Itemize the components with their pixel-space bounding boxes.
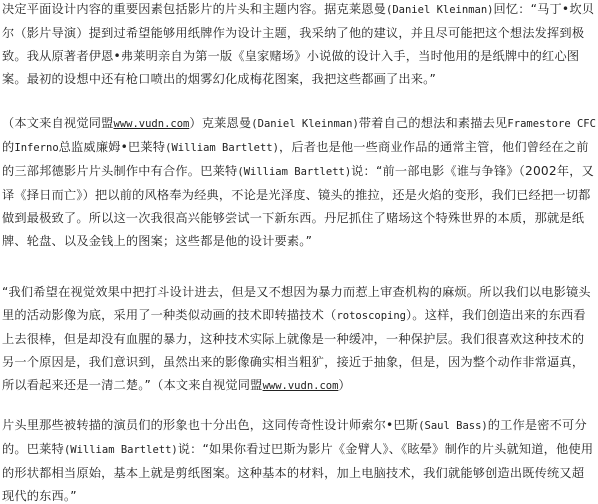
text-segment: （本文来自视觉同盟 <box>2 116 114 130</box>
text-segment: 的 <box>2 140 14 154</box>
latin-name: Framestore CFC <box>507 118 596 130</box>
latin-name: Inferno <box>14 142 58 154</box>
latin-name: (William Bartlett) <box>237 166 351 178</box>
latin-name: (Daniel Kleinman) <box>251 118 358 130</box>
latin-name: (Daniel Kleinman) <box>386 4 493 16</box>
paragraph-4: 片头里那些被转描的演员们的形象也十分出色，这同传奇性设计师索尔•巴斯(Saul … <box>2 414 596 504</box>
latin-term: rotoscoping <box>336 310 406 322</box>
text-segment: 片头里那些被转描的演员们的形象也十分出色，这同传奇性设计师索尔•巴斯 <box>2 418 418 432</box>
latin-name: (William Bartlett) <box>165 142 279 154</box>
source-link[interactable]: www.vudn.com <box>114 118 190 130</box>
text-segment: 决定平面设计内容的重要因素包括影片的片头和主题内容。据克莱恩曼 <box>2 2 386 16</box>
paragraph-2: （本文来自视觉同盟www.vudn.com）克莱恩曼(Daniel Kleinm… <box>2 112 596 253</box>
paragraph-3: “我们希望在视觉效果中把打斗设计进去，但是又不想因为暴力而惹上审查机构的麻烦。所… <box>2 281 596 398</box>
text-segment: 带着自己的想法和素描去见 <box>359 116 508 130</box>
text-segment: 总监威廉姆•巴莱特 <box>59 140 166 154</box>
latin-name: (William Bartlett) <box>64 444 178 456</box>
source-link[interactable]: www.vudn.com <box>263 380 339 392</box>
text-segment: ） <box>338 378 350 392</box>
paragraph-1: 决定平面设计内容的重要因素包括影片的片头和主题内容。据克莱恩曼(Daniel K… <box>2 0 596 91</box>
latin-name: (Saul Bass) <box>418 420 488 432</box>
text-segment: ）克莱恩曼 <box>189 116 251 130</box>
